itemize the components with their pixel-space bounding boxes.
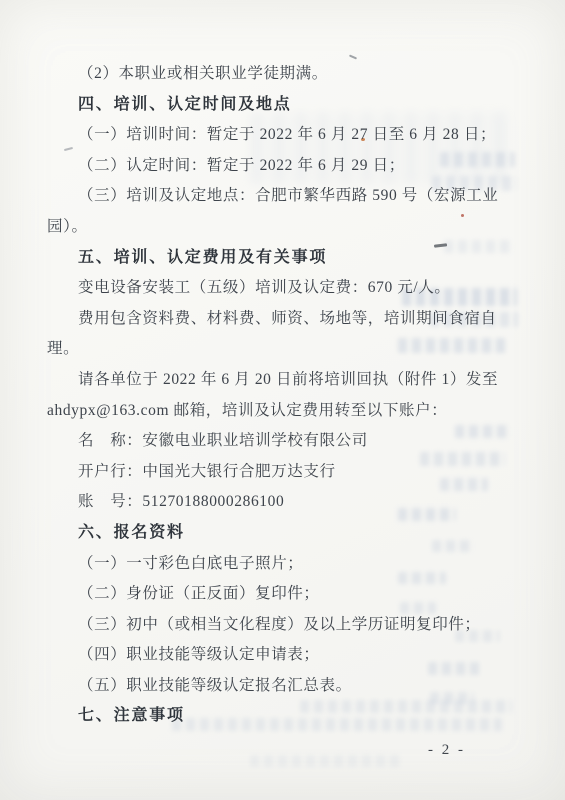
section-heading: 六、报名资料 (47, 518, 525, 549)
doc-line: 账 号：51270188000286100 (47, 487, 525, 518)
doc-line: （2）本职业或相关职业学徒期满。 (47, 59, 525, 90)
doc-line: （三）初中（或相当文化程度）及以上学历证明复印件； (47, 610, 525, 641)
doc-line: 开户行：中国光大银行合肥万达支行 (47, 457, 525, 488)
doc-line: （四）职业技能等级认定申请表； (47, 640, 525, 671)
scanned-document-page: （2）本职业或相关职业学徒期满。 四、培训、认定时间及地点 （一）培训时间：暂定… (0, 0, 565, 800)
doc-line: 名 称：安徽电业职业培训学校有限公司 (47, 426, 525, 457)
doc-line: （二）身份证（正反面）复印件； (47, 579, 525, 610)
doc-line: ahdypx@163.com 邮箱，培训及认定费用转至以下账户： (47, 396, 525, 427)
doc-line: 理。 (47, 334, 525, 365)
section-heading: 五、培训、认定费用及有关事项 (47, 243, 525, 274)
bleedthrough-artifact (250, 755, 400, 767)
page-number: - 2 - (428, 742, 466, 759)
doc-line: （二）认定时间：暂定于 2022 年 6 月 29 日； (47, 151, 525, 182)
doc-line: （三）培训及认定地点：合肥市繁华西路 590 号（宏源工业 (47, 181, 525, 212)
doc-line: （一）培训时间：暂定于 2022 年 6 月 27 日至 6 月 28 日； (47, 120, 525, 151)
doc-line: （一）一寸彩色白底电子照片； (47, 549, 525, 580)
doc-line: 变电设备安装工（五级）培训及认定费：670 元/人。 (47, 273, 525, 304)
section-heading: 七、注意事项 (47, 701, 525, 732)
doc-line: 费用包含资料费、材料费、师资、场地等，培训期间食宿自 (47, 304, 525, 335)
doc-line: 园）。 (47, 212, 525, 243)
doc-line: （五）职业技能等级认定报名汇总表。 (47, 671, 525, 702)
section-heading: 四、培训、认定时间及地点 (47, 90, 525, 121)
document-body: （2）本职业或相关职业学徒期满。 四、培训、认定时间及地点 （一）培训时间：暂定… (47, 59, 525, 732)
doc-line: 请各单位于 2022 年 6 月 20 日前将培训回执（附件 1）发至 (47, 365, 525, 396)
